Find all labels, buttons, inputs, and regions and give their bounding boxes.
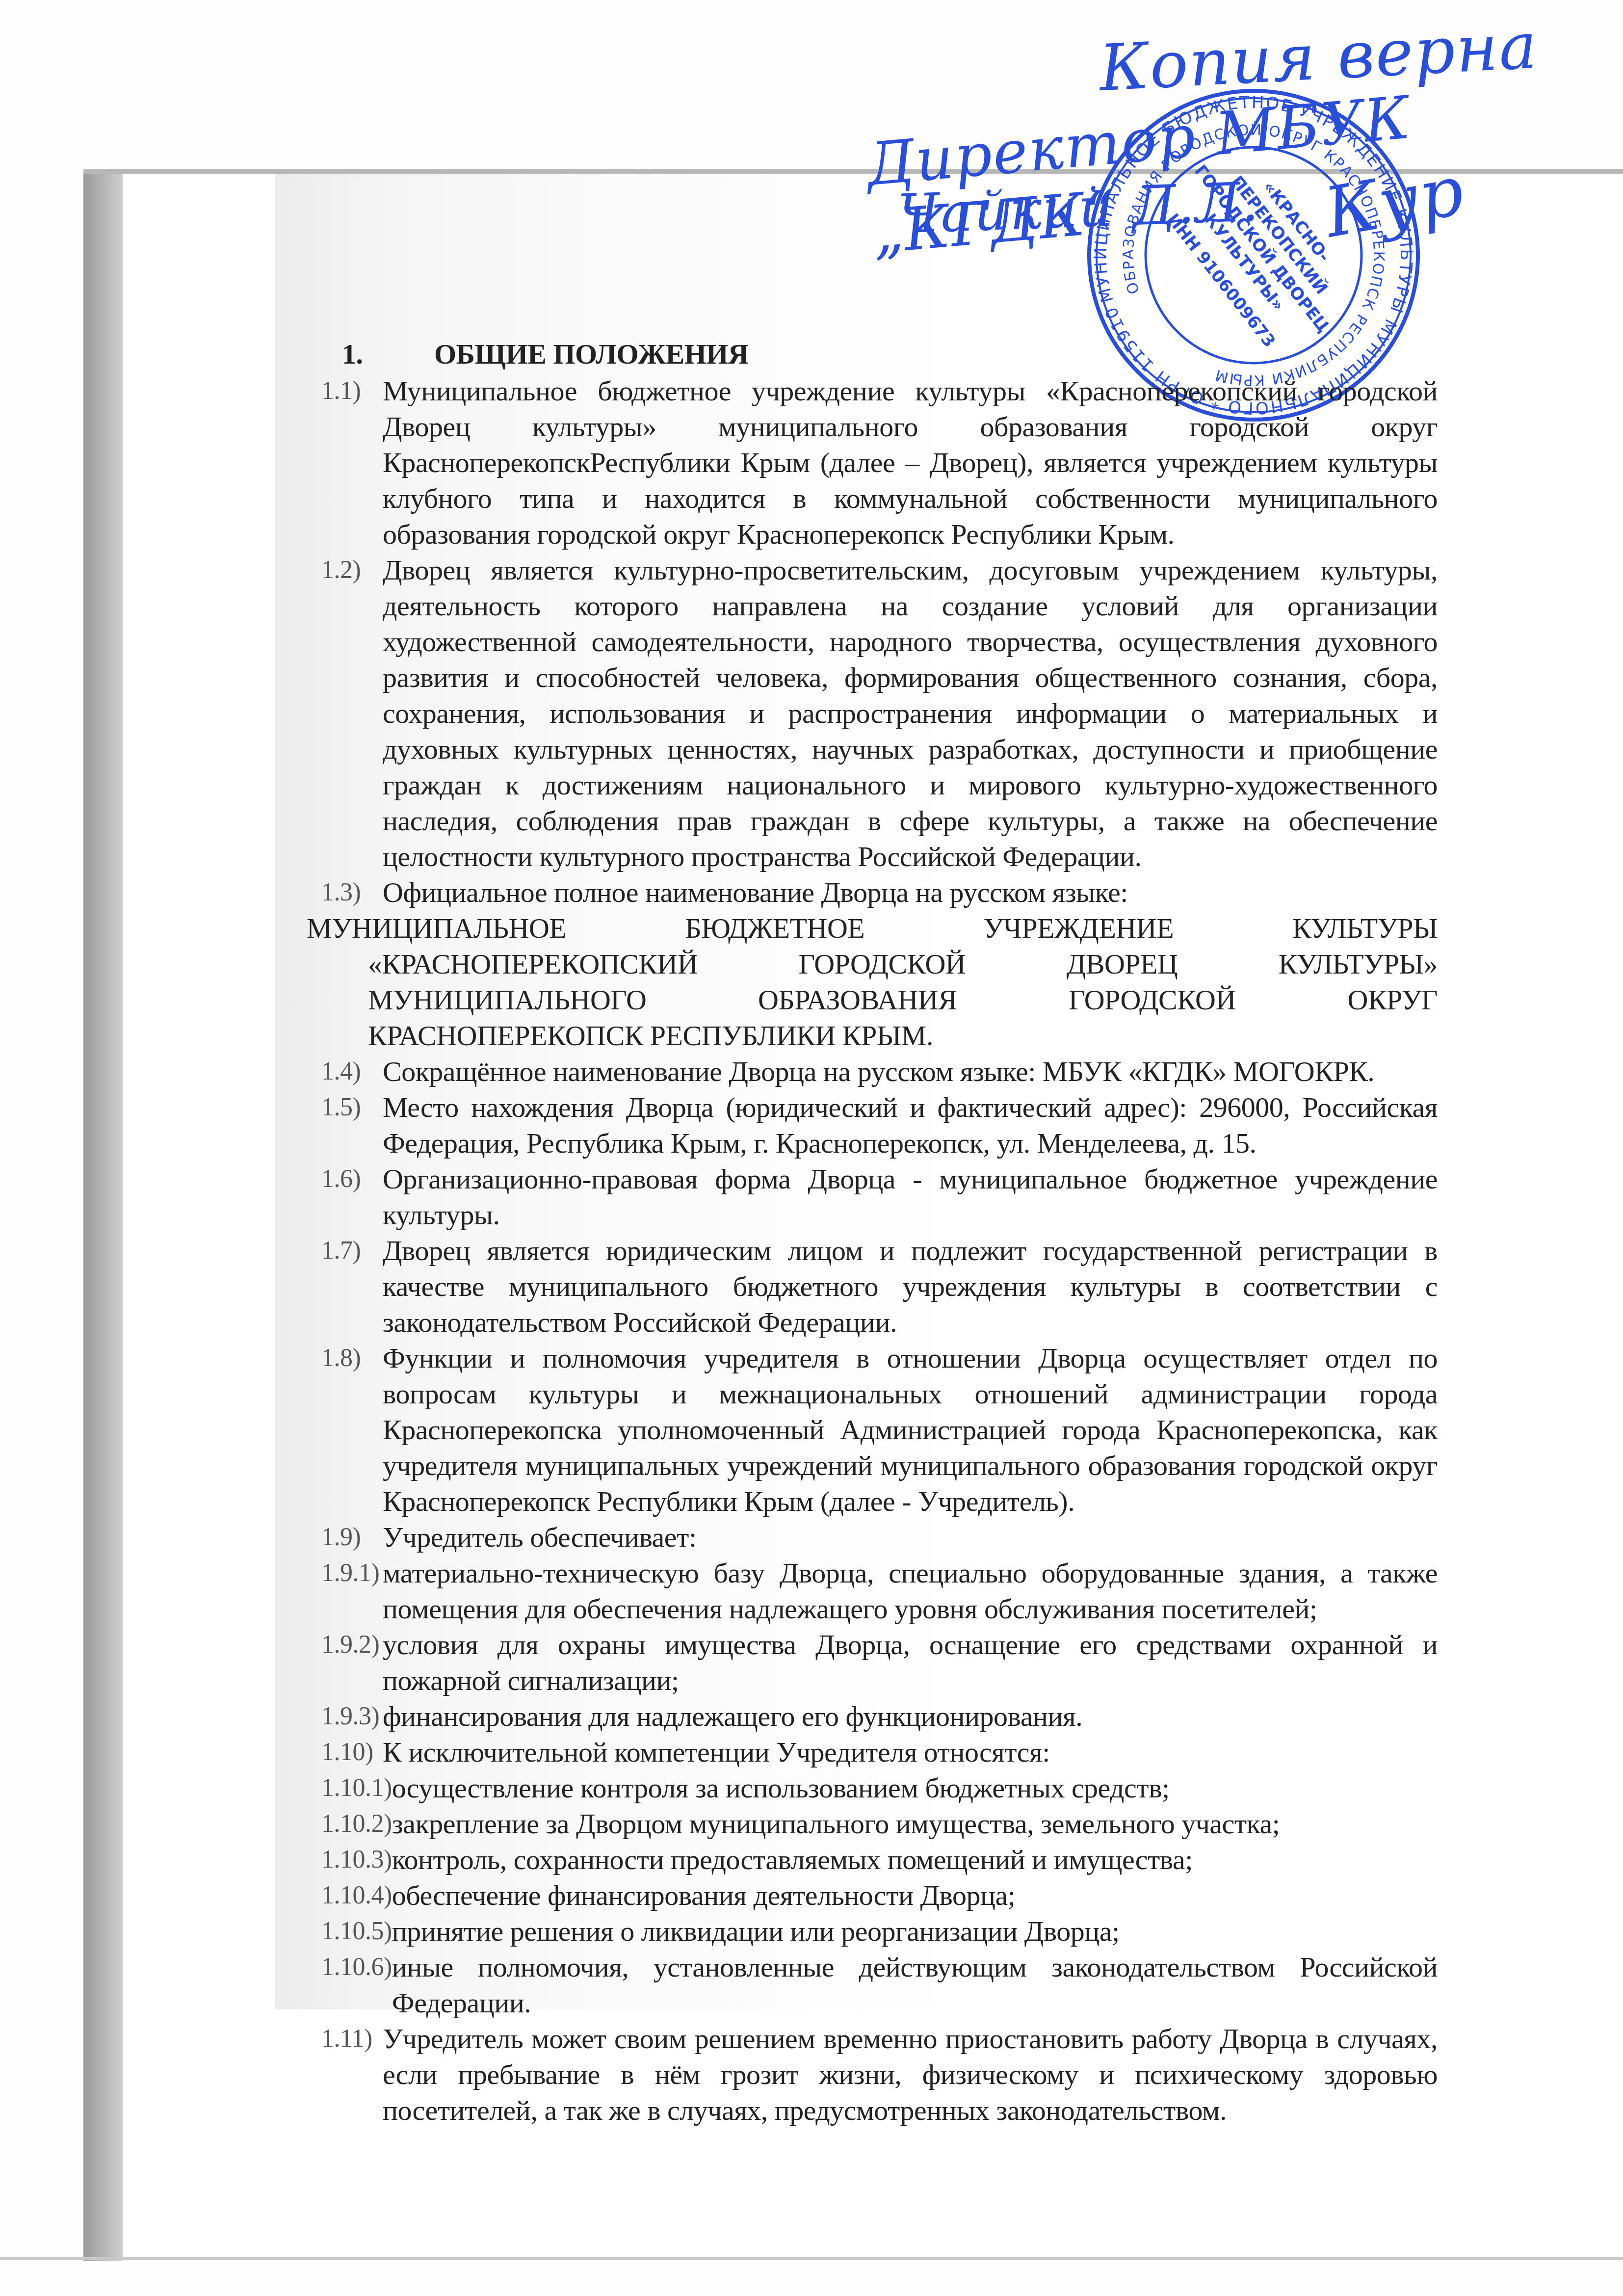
clause-1-3: 1.3) Официальное полное наименование Дво…: [321, 874, 1438, 910]
clause-1-9-3: 1.9.3) финансирования для надлежащего ег…: [321, 1698, 1438, 1734]
section-title: ОБЩИЕ ПОЛОЖЕНИЯ: [434, 336, 748, 372]
official-full-name: МУНИЦИПАЛЬНОЕ БЮДЖЕТНОЕ УЧРЕЖДЕНИЕ КУЛЬТ…: [307, 910, 1438, 1054]
clause-1-11: 1.11) Учредитель может своим решением вр…: [321, 2021, 1438, 2128]
handwritten-director-name: Чайкий Д.Л.: [897, 170, 1260, 246]
clause-1-9: 1.9) Учредитель обеспечивает:: [321, 1519, 1438, 1555]
clause-1-10: 1.10) К исключительной компетенции Учред…: [321, 1734, 1438, 1770]
clause-1-7: 1.7) Дворец является юридическим лицом и…: [321, 1233, 1438, 1340]
clause-1-10-1: 1.10.1) осуществление контроля за исполь…: [321, 1770, 1438, 1806]
clause-1-10-2: 1.10.2) закрепление за Дворцом муниципал…: [321, 1806, 1438, 1842]
clause-1-6: 1.6) Организационно-правовая форма Дворц…: [321, 1161, 1438, 1233]
scan-shadow-band: [83, 174, 123, 2261]
clause-1-1: 1.1) Муниципальное бюджетное учреждение …: [321, 373, 1438, 552]
clause-1-9-1: 1.9.1) материально-техническую базу Двор…: [321, 1555, 1438, 1627]
section-heading: 1. ОБЩИЕ ПОЛОЖЕНИЯ: [321, 336, 1438, 372]
document-body: 1. ОБЩИЕ ПОЛОЖЕНИЯ 1.1) Муниципальное бю…: [321, 336, 1438, 2128]
clause-1-5: 1.5) Место нахождения Дворца (юридически…: [321, 1089, 1438, 1161]
clause-1-4: 1.4) Сокращённое наименование Дворца на …: [321, 1054, 1438, 1089]
scan-edge: [0, 2257, 1623, 2260]
section-number: 1.: [321, 336, 434, 372]
clause-1-10-6: 1.10.6) иные полномочия, установленные д…: [321, 1949, 1438, 2021]
clause-1-10-3: 1.10.3) контроль, сохранности предоставл…: [321, 1842, 1438, 1877]
clause-1-10-4: 1.10.4) обеспечение финансирования деяте…: [321, 1877, 1438, 1913]
clause-1-9-2: 1.9.2) условия для охраны имущества Двор…: [321, 1627, 1438, 1698]
clause-1-10-5: 1.10.5) принятие решения о ликвидации ил…: [321, 1913, 1438, 1949]
clause-1-2: 1.2) Дворец является культурно-просветит…: [321, 552, 1438, 874]
clause-1-8: 1.8) Функции и полномочия учредителя в о…: [321, 1340, 1438, 1519]
